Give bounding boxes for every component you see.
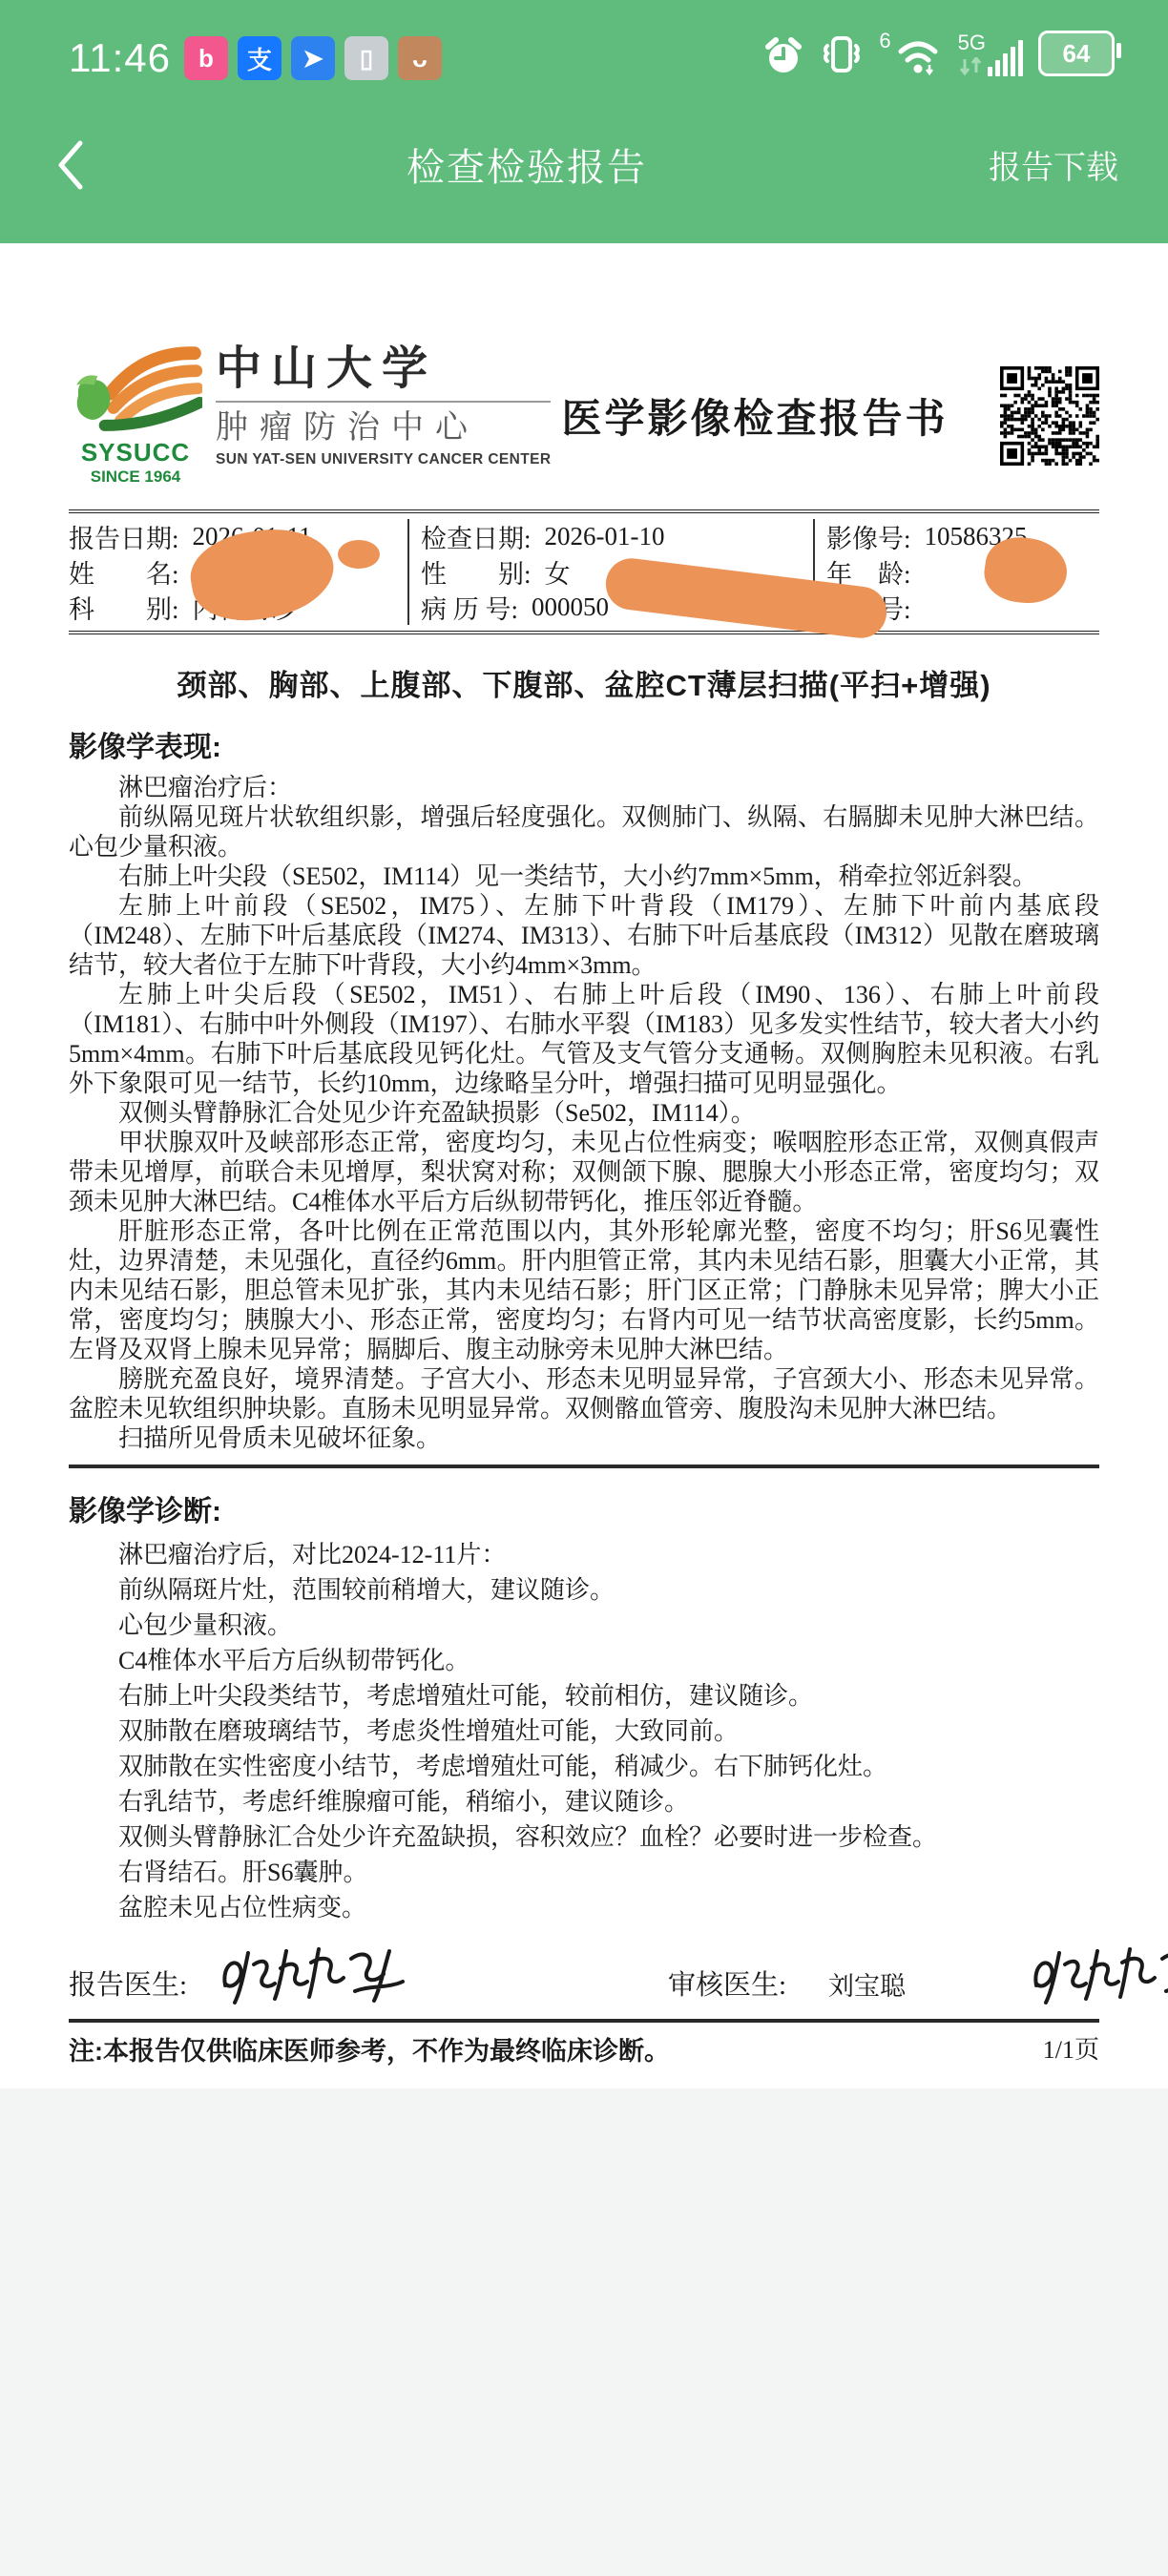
findings-paragraph: 前纵隔见斑片状软组织影，增强后轻度强化。双侧肺门、纵隔、右膈脚未见肿大淋巴结。心… [69, 802, 1099, 862]
diagnosis-line: 淋巴瘤治疗后，对比2024-12-11片： [69, 1537, 1099, 1572]
alarm-clock-icon [762, 34, 804, 76]
dingtalk-app-icon: ➤ [291, 36, 335, 80]
diagnosis-line: 右乳结节，考虑纤维腺瘤可能，稍缩小，建议随诊。 [69, 1784, 1099, 1819]
redaction-scribble-name-2 [338, 540, 380, 569]
exam-title: 颈部、胸部、上腹部、下腹部、盆腔CT薄层扫描(平扫+增强) [69, 661, 1099, 704]
status-bar: 11:46 b支➤▯ᴗ 6 5G [0, 0, 1168, 86]
diagnosis-line: 心包少量积液。 [69, 1608, 1099, 1643]
review-doctor-signature-image [1023, 1933, 1168, 2015]
review-doctor-label: 审核医生: [668, 1963, 786, 2003]
hospital-logo: SYSUCC SINCE 1964 中山大学 肿瘤防治中心 SUN YAT-SE… [69, 344, 500, 487]
section-divider [69, 1465, 1099, 1468]
org-abbr: SYSUCC [81, 438, 190, 467]
gallery-app-icon: ▯ [344, 36, 388, 80]
report-doctor-signature-image [212, 1933, 422, 2015]
footer-note-row: 注:本报告仅供临床医师参考，不作为最终临床诊断。 1/1页 [69, 2019, 1099, 2088]
findings-paragraph: 膀胱充盈良好，境界清楚。子宫大小、形态未见明显异常，子宫颈大小、形态未见异常。盆… [69, 1364, 1099, 1423]
clock-time: 11:46 [69, 38, 171, 78]
diagnosis-line: 右肾结石。肝S6囊肿。 [69, 1855, 1099, 1890]
battery-level: 64 [1063, 39, 1091, 69]
exam-date-cell: 检查日期:2026-01-10 [407, 519, 813, 554]
report-title: 医学影像检查报告书 [500, 387, 1000, 445]
findings-paragraph: 甲状腺双叶及峡部形态正常，密度均匀，未见占位性病变；喉咽腔形态正常，双侧真假声带… [69, 1128, 1099, 1216]
report-document: SYSUCC SINCE 1964 中山大学 肿瘤防治中心 SUN YAT-SE… [0, 243, 1168, 2088]
back-chevron-icon [55, 139, 84, 191]
findings-paragraph: 肝脏形态正常，各叶比例在正常范围以内，其外形轮廓光整，密度不均匀；肝S6见囊性灶… [69, 1216, 1099, 1364]
sim2-arrows-icon [958, 57, 983, 76]
nav-bar: 检查检验报告 报告下载 [0, 86, 1168, 243]
findings-paragraph: 双侧头臂静脉汇合处见少许充盈缺损影（Se502，IM114）。 [69, 1098, 1099, 1128]
findings-paragraph: 左肺上叶尖后段（SE502，IM51）、右肺上叶后段（IM90、136）、右肺上… [69, 980, 1099, 1098]
wifi-group: 6 [879, 31, 942, 76]
org-since: SINCE 1964 [91, 467, 181, 487]
diagnosis-line: 双侧头臂静脉汇合处少许充盈缺损，容积效应？血栓？必要时进一步检查。 [69, 1819, 1099, 1855]
jd-app-icon: ᴗ [398, 36, 442, 80]
diagnosis-line: C4椎体水平后方后纵韧带钙化。 [69, 1643, 1099, 1678]
report-header: SYSUCC SINCE 1964 中山大学 肿瘤防治中心 SUN YAT-SE… [69, 344, 1099, 487]
bilibili-app-icon: b [184, 36, 228, 80]
findings-paragraph: 右肺上叶尖段（SE502，IM114）见一类结节，大小约7mm×5mm，稍牵拉邻… [69, 862, 1099, 891]
org-name-en: SUN YAT-SEN UNIVERSITY CANCER CENTER [216, 451, 551, 468]
network-label: 5G [958, 32, 986, 53]
back-button[interactable] [0, 139, 115, 191]
report-doctor-label: 报告医生: [69, 1963, 187, 2003]
diagnosis-line: 前纵隔斑片灶，范围较前稍增大，建议随诊。 [69, 1572, 1099, 1608]
signal-bars-icon [988, 40, 1023, 76]
alipay-app-icon: 支 [238, 36, 282, 80]
signature-row: 报告医生: 审核医生: 刘宝聪 [69, 1937, 1099, 2011]
wifi-icon [893, 32, 943, 76]
findings-paragraph: 淋巴瘤治疗后： [69, 773, 1099, 802]
diagnosis-heading: 影像学诊断: [69, 1487, 1099, 1529]
qr-code [1000, 366, 1099, 466]
findings-paragraph: 扫描所见骨质未见破坏征象。 [69, 1423, 1099, 1453]
page-number: 1/1页 [1043, 2030, 1099, 2066]
wifi-badge: 6 [879, 31, 890, 52]
hospital-logo-icon [69, 344, 202, 436]
diagnosis-line: 盆腔未见占位性病变。 [69, 1890, 1099, 1925]
status-right: 6 5G 64 [762, 31, 1168, 86]
diagnosis-line: 右肺上叶尖段类结节，考虑增殖灶可能，较前相仿，建议随诊。 [69, 1678, 1099, 1714]
findings-paragraph: 左肺上叶前段（SE502，IM75）、左肺下叶背段（IM179）、左肺下叶前内基… [69, 891, 1099, 980]
diagnosis-line: 双肺散在磨玻璃结节，考虑炎性增殖灶可能，大致同前。 [69, 1714, 1099, 1749]
battery-icon: 64 [1038, 31, 1115, 76]
review-doctor-name: 刘宝聪 [828, 1965, 906, 2003]
cellular-group: 5G [958, 32, 1023, 76]
findings-heading: 影像学表现: [69, 723, 1099, 765]
notification-app-icons: b支➤▯ᴗ [184, 36, 442, 80]
status-left: 11:46 b支➤▯ᴗ [0, 36, 442, 86]
diagnosis-section: 淋巴瘤治疗后，对比2024-12-11片：前纵隔斑片灶，范围较前稍增大，建议随诊… [69, 1537, 1099, 1925]
disclaimer-note: 注:本报告仅供临床医师参考，不作为最终临床诊断。 [69, 2030, 670, 2067]
vibrate-icon [820, 32, 864, 76]
diagnosis-line: 双肺散在实性密度小结节，考虑增殖灶可能，稍减少。右下肺钙化灶。 [69, 1749, 1099, 1784]
patient-info-table: 报告日期:2026-01-11 检查日期:2026-01-10 影像号:1058… [69, 509, 1099, 634]
findings-section: 淋巴瘤治疗后：前纵隔见斑片状软组织影，增强后轻度强化。双侧肺门、纵隔、右膈脚未见… [69, 773, 1099, 1453]
page-title: 检查检验报告 [115, 137, 939, 192]
report-download-button[interactable]: 报告下载 [939, 141, 1168, 188]
